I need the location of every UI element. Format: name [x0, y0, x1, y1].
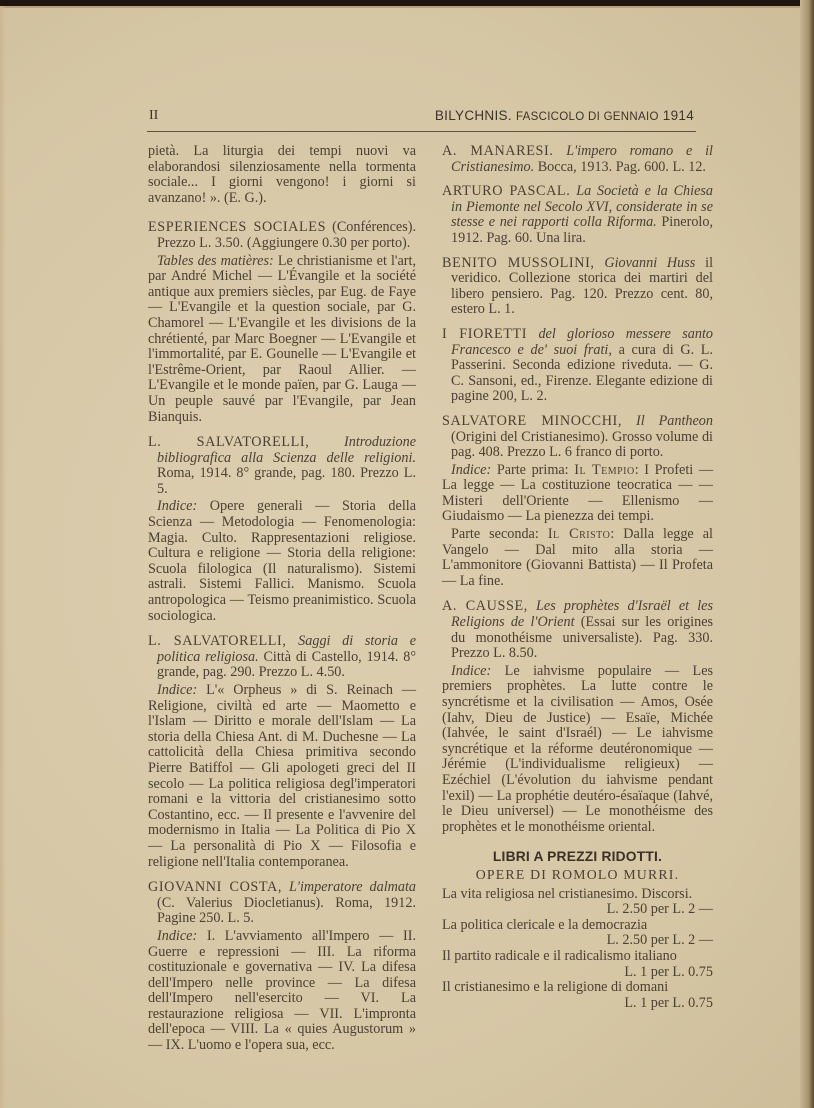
- book-index: Indice: I. L'avviamento all'Impero — II.…: [148, 929, 416, 1054]
- reduced-book-price: L. 2.50 per L. 2 —: [442, 902, 713, 918]
- reduced-price-section: LIBRI A PREZZI RIDOTTI. OPERE DI ROMOLO …: [442, 849, 713, 1011]
- book-entry: A. MANARESI. L'impero romano e il Cristi…: [442, 144, 713, 175]
- book-details: Roma, 1914. 8° grande, pag. 180. Prezzo …: [157, 465, 416, 497]
- issue-year: 1914: [663, 108, 694, 123]
- section-subtitle: OPERE DI ROMOLO MURRI.: [442, 867, 713, 883]
- book-entry: A. CAUSSE, Les prophètes d'Israël et les…: [442, 599, 713, 835]
- running-title: BILYCHNIS. FASCICOLO DI GENNAIO 1914: [435, 108, 694, 123]
- index-part-label: Parte prima:: [497, 462, 569, 478]
- header-rule: [147, 131, 696, 132]
- index-label: Indice:: [157, 498, 197, 514]
- index-label: Indice:: [451, 663, 491, 679]
- book-entry: GIOVANNI COSTA, L'imperatore dalmata (C.…: [148, 880, 416, 1054]
- reduced-book-price: L. 1 per L. 0.75: [442, 965, 713, 981]
- reduced-book-price: L. 2.50 per L. 2 —: [442, 933, 713, 949]
- book-entry: L. SALVATORELLI, Saggi di storia e polit…: [148, 634, 416, 870]
- book-index: Tables des matières: Le christianisme et…: [148, 254, 416, 426]
- book-title: Il Pantheon: [636, 413, 713, 429]
- book-author: SALVATORE MINOCCHI,: [442, 413, 622, 429]
- reduced-book-title: La vita religiosa nel cristianesimo. Dis…: [442, 887, 713, 903]
- index-label: Indice:: [451, 462, 491, 478]
- book-entry: ARTURO PASCAL. La Società e la Chiesa in…: [442, 184, 713, 246]
- index-label: Indice:: [157, 928, 197, 944]
- page-number: II: [149, 108, 158, 124]
- continuation-text: pietà. La liturgia dei tempi nuovi va el…: [148, 144, 416, 206]
- running-header: II BILYCHNIS. FASCICOLO DI GENNAIO 1914: [149, 108, 694, 130]
- issue-label: FASCICOLO DI GENNAIO: [516, 111, 659, 123]
- book-entry: I FIORETTI del glorioso messere santo Fr…: [442, 327, 713, 405]
- right-column: A. MANARESI. L'impero romano e il Cristi…: [442, 144, 713, 1011]
- book-details: (Origini del Cristianesimo). Grosso volu…: [451, 429, 713, 461]
- index-text: L'« Orpheus » di S. Reinach — Religione,…: [148, 682, 416, 870]
- book-author: GIOVANNI COSTA,: [148, 879, 282, 895]
- left-column: pietà. La liturgia dei tempi nuovi va el…: [148, 144, 416, 1064]
- book-author: ARTURO PASCAL.: [442, 183, 570, 199]
- book-author: L. SALVATORELLI,: [148, 633, 286, 649]
- index-label: Indice:: [157, 682, 197, 698]
- index-part-label: Parte seconda:: [451, 526, 539, 542]
- book-author: A. MANARESI.: [442, 143, 553, 159]
- book-title: Giovanni Huss: [604, 255, 695, 271]
- index-text: Le christianisme et l'art, par André Mic…: [148, 253, 416, 425]
- index-text: I. L'avviamento all'Impero — II. Guerre …: [148, 928, 416, 1053]
- index-label: Tables des matières:: [157, 253, 274, 269]
- index-part-title: Il Tempio: [574, 462, 634, 478]
- book-entry: SALVATORE MINOCCHI, Il Pantheon (Origini…: [442, 414, 713, 590]
- book-index: Indice: L'« Orpheus » di S. Reinach — Re…: [148, 683, 416, 870]
- book-entry: BENITO MUSSOLINI, Giovanni Huss il verid…: [442, 256, 713, 318]
- book-author: BENITO MUSSOLINI,: [442, 255, 595, 271]
- book-index: Indice: Opere generali — Storia della Sc…: [148, 499, 416, 624]
- section-title: LIBRI A PREZZI RIDOTTI.: [442, 849, 713, 865]
- book-index: Indice: Le iahvisme populaire — Les prem…: [442, 664, 713, 836]
- book-details: Bocca, 1913. Pag. 600. L. 12.: [538, 159, 706, 175]
- book-title: L'imperatore dalmata: [289, 879, 416, 895]
- book-details: (C. Valerius Diocletianus). Roma, 1912. …: [157, 895, 416, 927]
- book-author: ESPERIENCES SOCIALES: [148, 219, 326, 235]
- journal-name: BILYCHNIS.: [435, 108, 512, 123]
- book-author: L. SALVATORELLI,: [148, 434, 309, 450]
- index-part-title: Il Cristo: [548, 526, 611, 542]
- book-author: I FIORETTI: [442, 326, 527, 342]
- index-text: Le iahvisme populaire — Les premiers pro…: [442, 663, 713, 835]
- book-author: A. CAUSSE,: [442, 598, 528, 614]
- page-right-edge: [800, 0, 814, 1108]
- book-entry: ESPERIENCES SOCIALES (Conférences). Prez…: [148, 220, 416, 425]
- book-index: Indice: Parte prima: Il Tempio: I Profet…: [442, 463, 713, 525]
- page-left-edge: [0, 6, 6, 1108]
- reduced-book-title: La politica clericale e la democrazia: [442, 918, 713, 934]
- reduced-book-price: L. 1 per L. 0.75: [442, 996, 713, 1012]
- book-entry: L. SALVATORELLI, Introduzione bibliograf…: [148, 435, 416, 624]
- reduced-book-title: Il partito radicale e il radicalismo ita…: [442, 949, 713, 965]
- book-index: Parte seconda: Il Cristo: Dalla legge al…: [442, 527, 713, 589]
- index-text: Opere generali — Storia della Scienza — …: [148, 498, 416, 623]
- reduced-book-title: Il cristianesimo e la religione di doman…: [442, 980, 713, 996]
